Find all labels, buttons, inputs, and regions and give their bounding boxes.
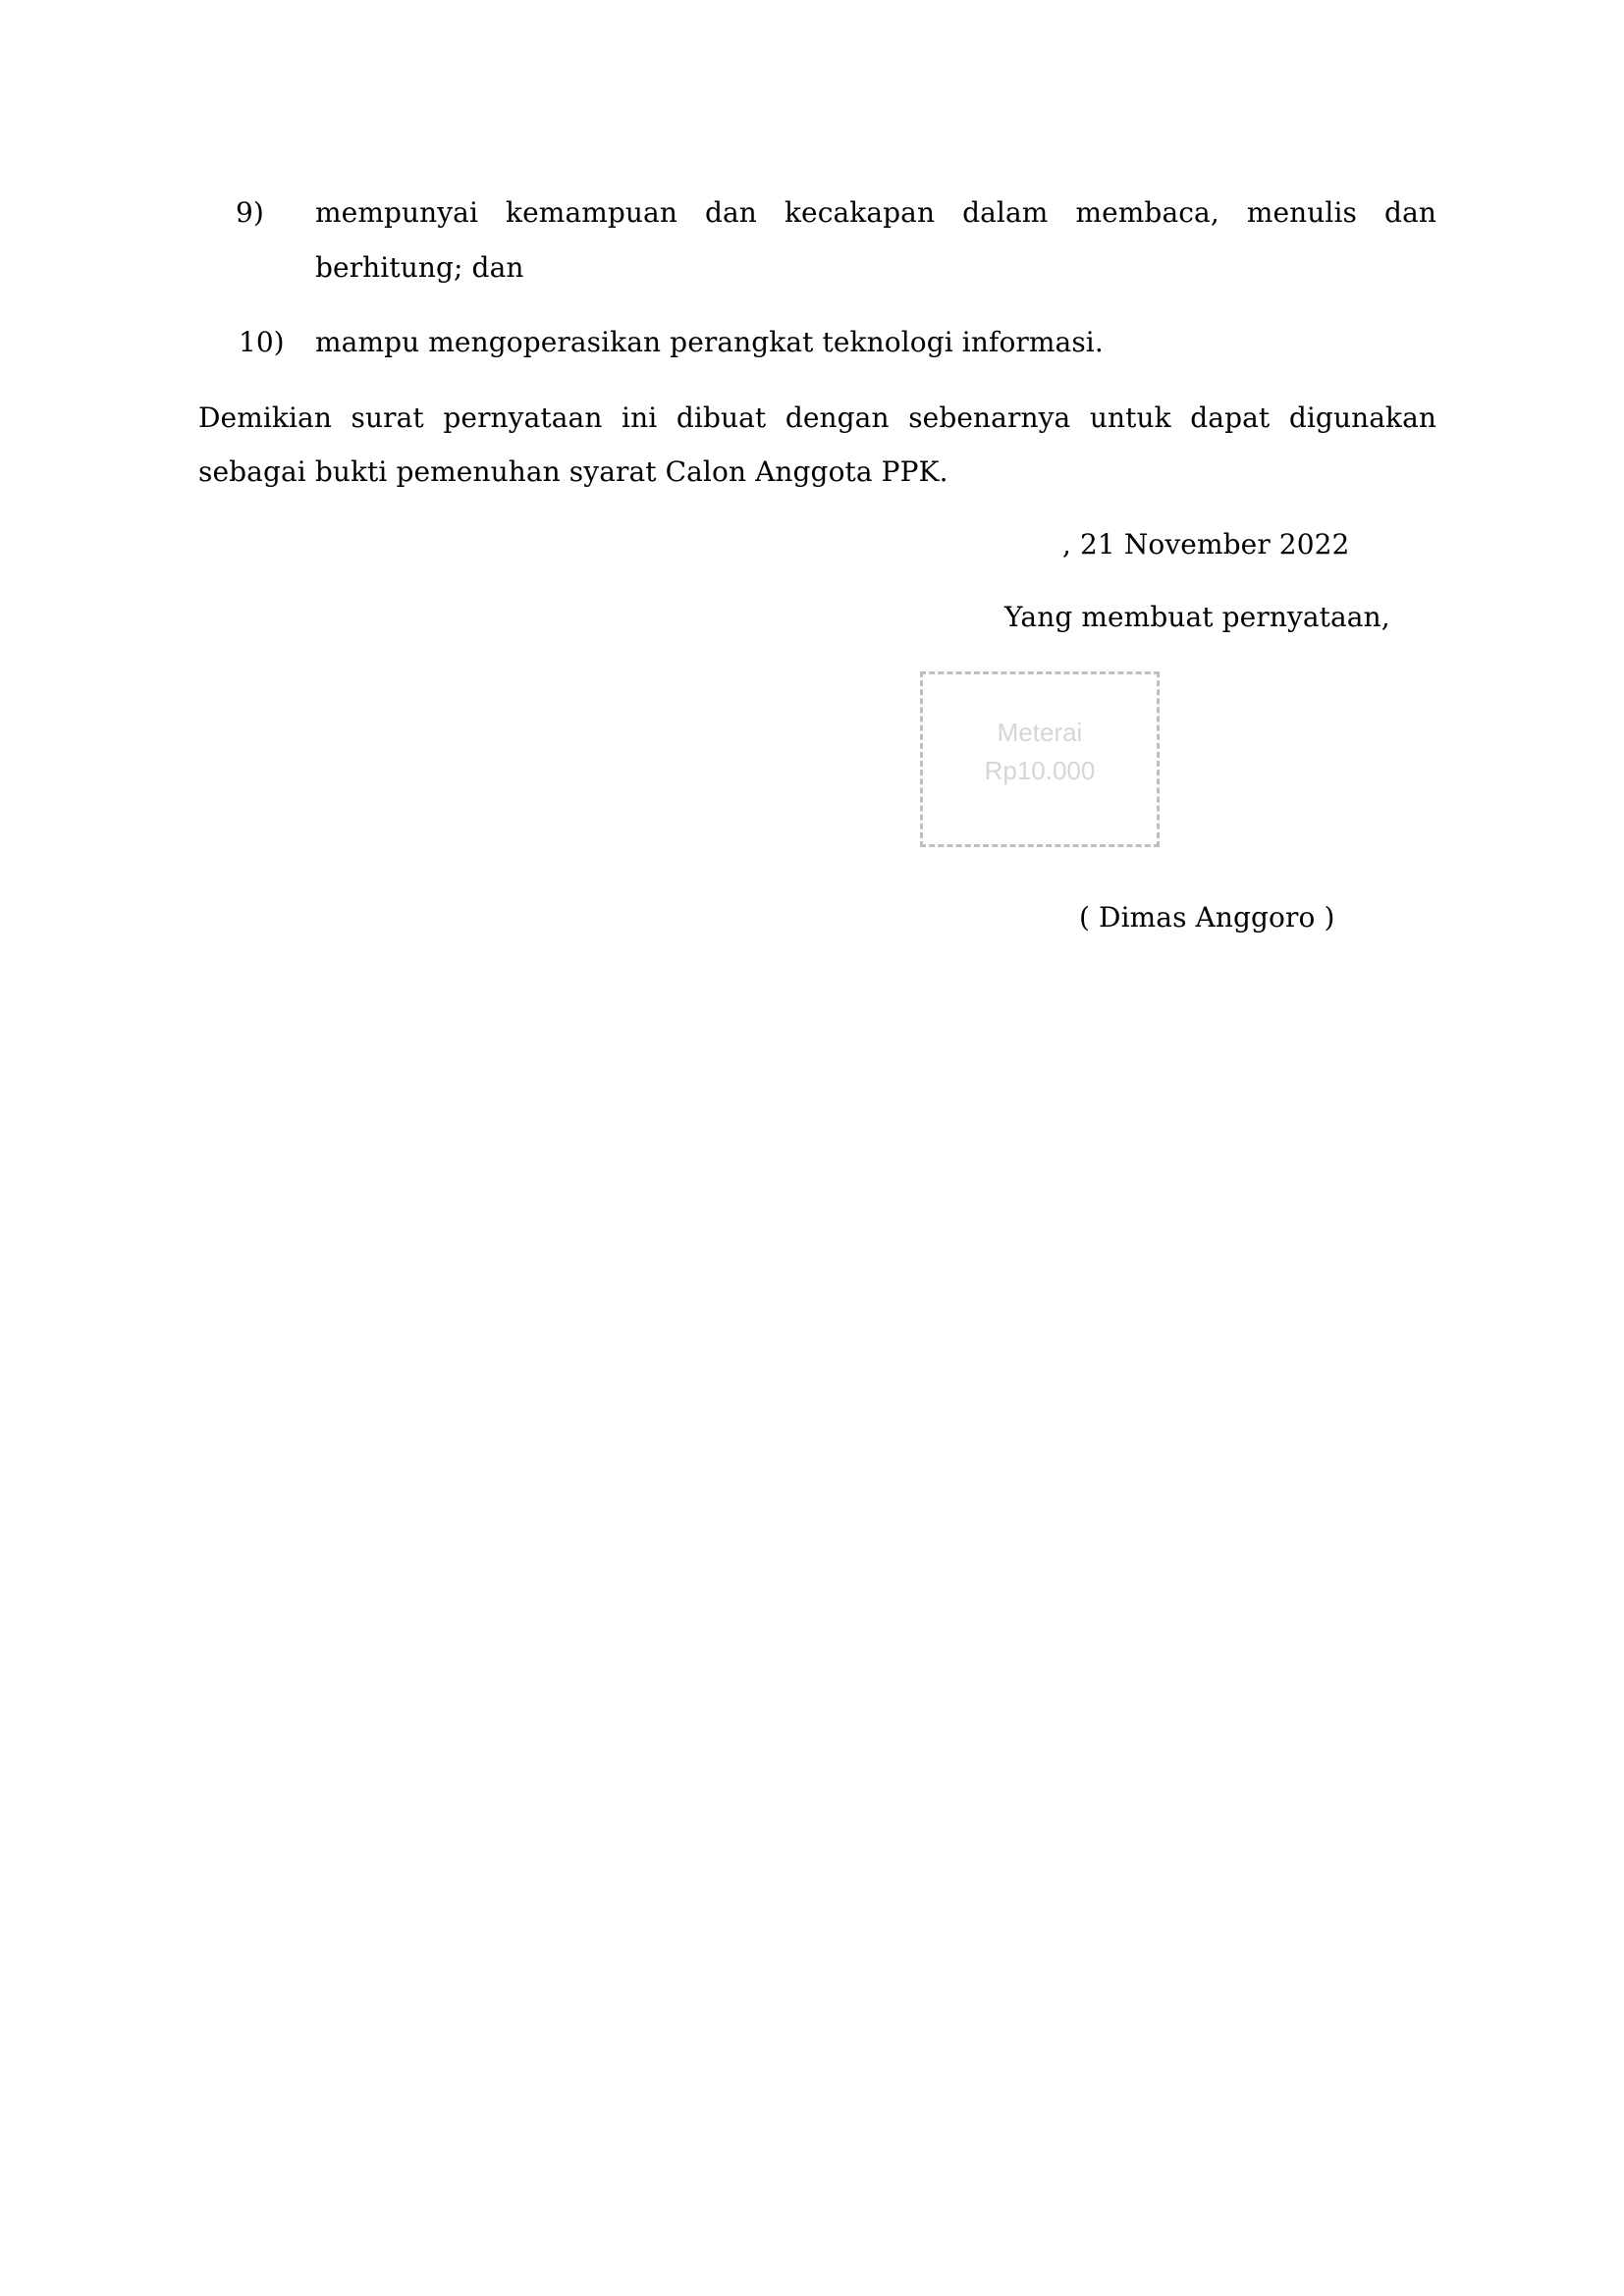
signatory-name: ( Dimas Anggoro ) [1079, 901, 1334, 934]
list-item-text-line: berhitung; dan [315, 251, 524, 285]
statement-label: Yang membuat pernyataan, [1004, 601, 1390, 634]
closing-paragraph-line: sebagai bukti pemenuhan syarat Calon Ang… [198, 455, 948, 489]
list-item-text-line: mampu mengoperasikan perangkat teknologi… [315, 326, 1104, 359]
list-item-number: 9) [236, 196, 264, 230]
stamp-duty-box: Meterai Rp10.000 [920, 671, 1160, 847]
list-item-text-line: mempunyai kemampuan dan kecakapan dalam … [315, 196, 1436, 230]
stamp-duty-amount: Rp10.000 [923, 756, 1157, 785]
list-item-number: 10) [239, 326, 285, 359]
stamp-duty-label: Meterai [923, 718, 1157, 747]
closing-paragraph-line: Demikian surat pernyataan ini dibuat den… [198, 401, 1436, 435]
place-date: , 21 November 2022 [1062, 528, 1349, 561]
document-page: 9) mempunyai kemampuan dan kecakapan dal… [0, 0, 1624, 2296]
